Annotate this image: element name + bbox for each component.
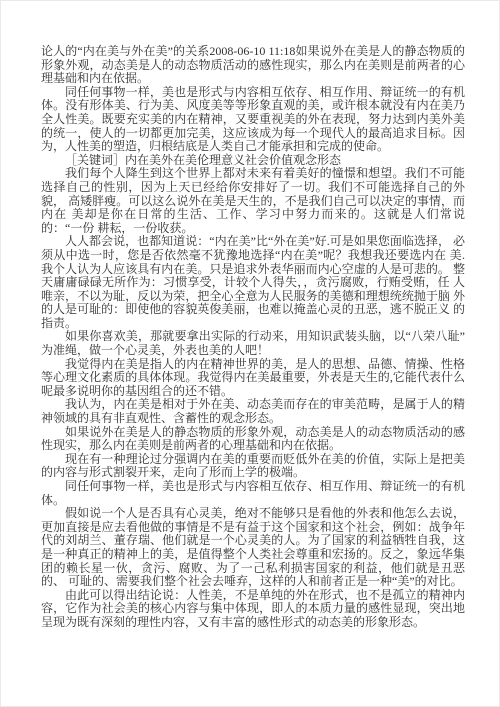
paragraph-conclusion: 由此可以得出结论说：人性美，不是单纯的外在形式，也不是孤立的精神内容，它作为社会…	[41, 589, 465, 630]
paragraph: 我觉得内在美是指人的内在精神世界的美，是人的思想、品德、情操、性格等心理文化素质…	[41, 358, 465, 399]
paragraph: 同任何事物一样，美也是形式与内容相互依存、相互作用、辩证统一的有机体。	[41, 480, 465, 507]
paragraph: 现在有一种理论过分强调内在美的重要而贬低外在美的价值，实际上是把美的内容与形式割…	[41, 453, 465, 480]
document-body: 论人的“内在美与外在美”的关系2008-06-10 11:18如果说外在美是人的…	[41, 45, 465, 630]
document-title: 论人的“内在美与外在美”的关系	[41, 44, 209, 58]
document-datetime: 2008-06-10 11:18	[209, 44, 295, 58]
document-page: 论人的“内在美与外在美”的关系2008-06-10 11:18如果说外在美是人的…	[0, 0, 500, 707]
paragraph: 假如说一个人是否具有心灵美，绝对不能够只是看他的外表和他怎么去说，更加直接是应去…	[41, 507, 465, 589]
paragraph: 如果你喜欢美，那就要拿出实际的行动来，用知识武装头脑，以“八荣八耻” 为准绳，做…	[41, 330, 465, 357]
paragraph-intro: 论人的“内在美与外在美”的关系2008-06-10 11:18如果说外在美是人的…	[41, 45, 465, 86]
paragraph: 如果说外在美是人的静态物质的形象外观，动态美是人的动态物质活动的感性现实，那么内…	[41, 426, 465, 453]
paragraph: 我认为，内在美是相对于外在美、动态美而存在的审美范畴，是属于人的精神领域的具有非…	[41, 398, 465, 425]
paragraph: 同任何事物一样，美也是形式与内容相互依存、相互作用、辩证统一的有机体。没有形体美…	[41, 86, 465, 154]
paragraph: 人人都会说，也都知道说：“内在美”比“外在美”好.可是如果您面临选择， 必须从中…	[41, 235, 465, 330]
paragraph: 我们每个人降生到这个世界上都对未来有着美好的憧憬和想望。我们不可能选择自己的性别…	[41, 167, 465, 235]
